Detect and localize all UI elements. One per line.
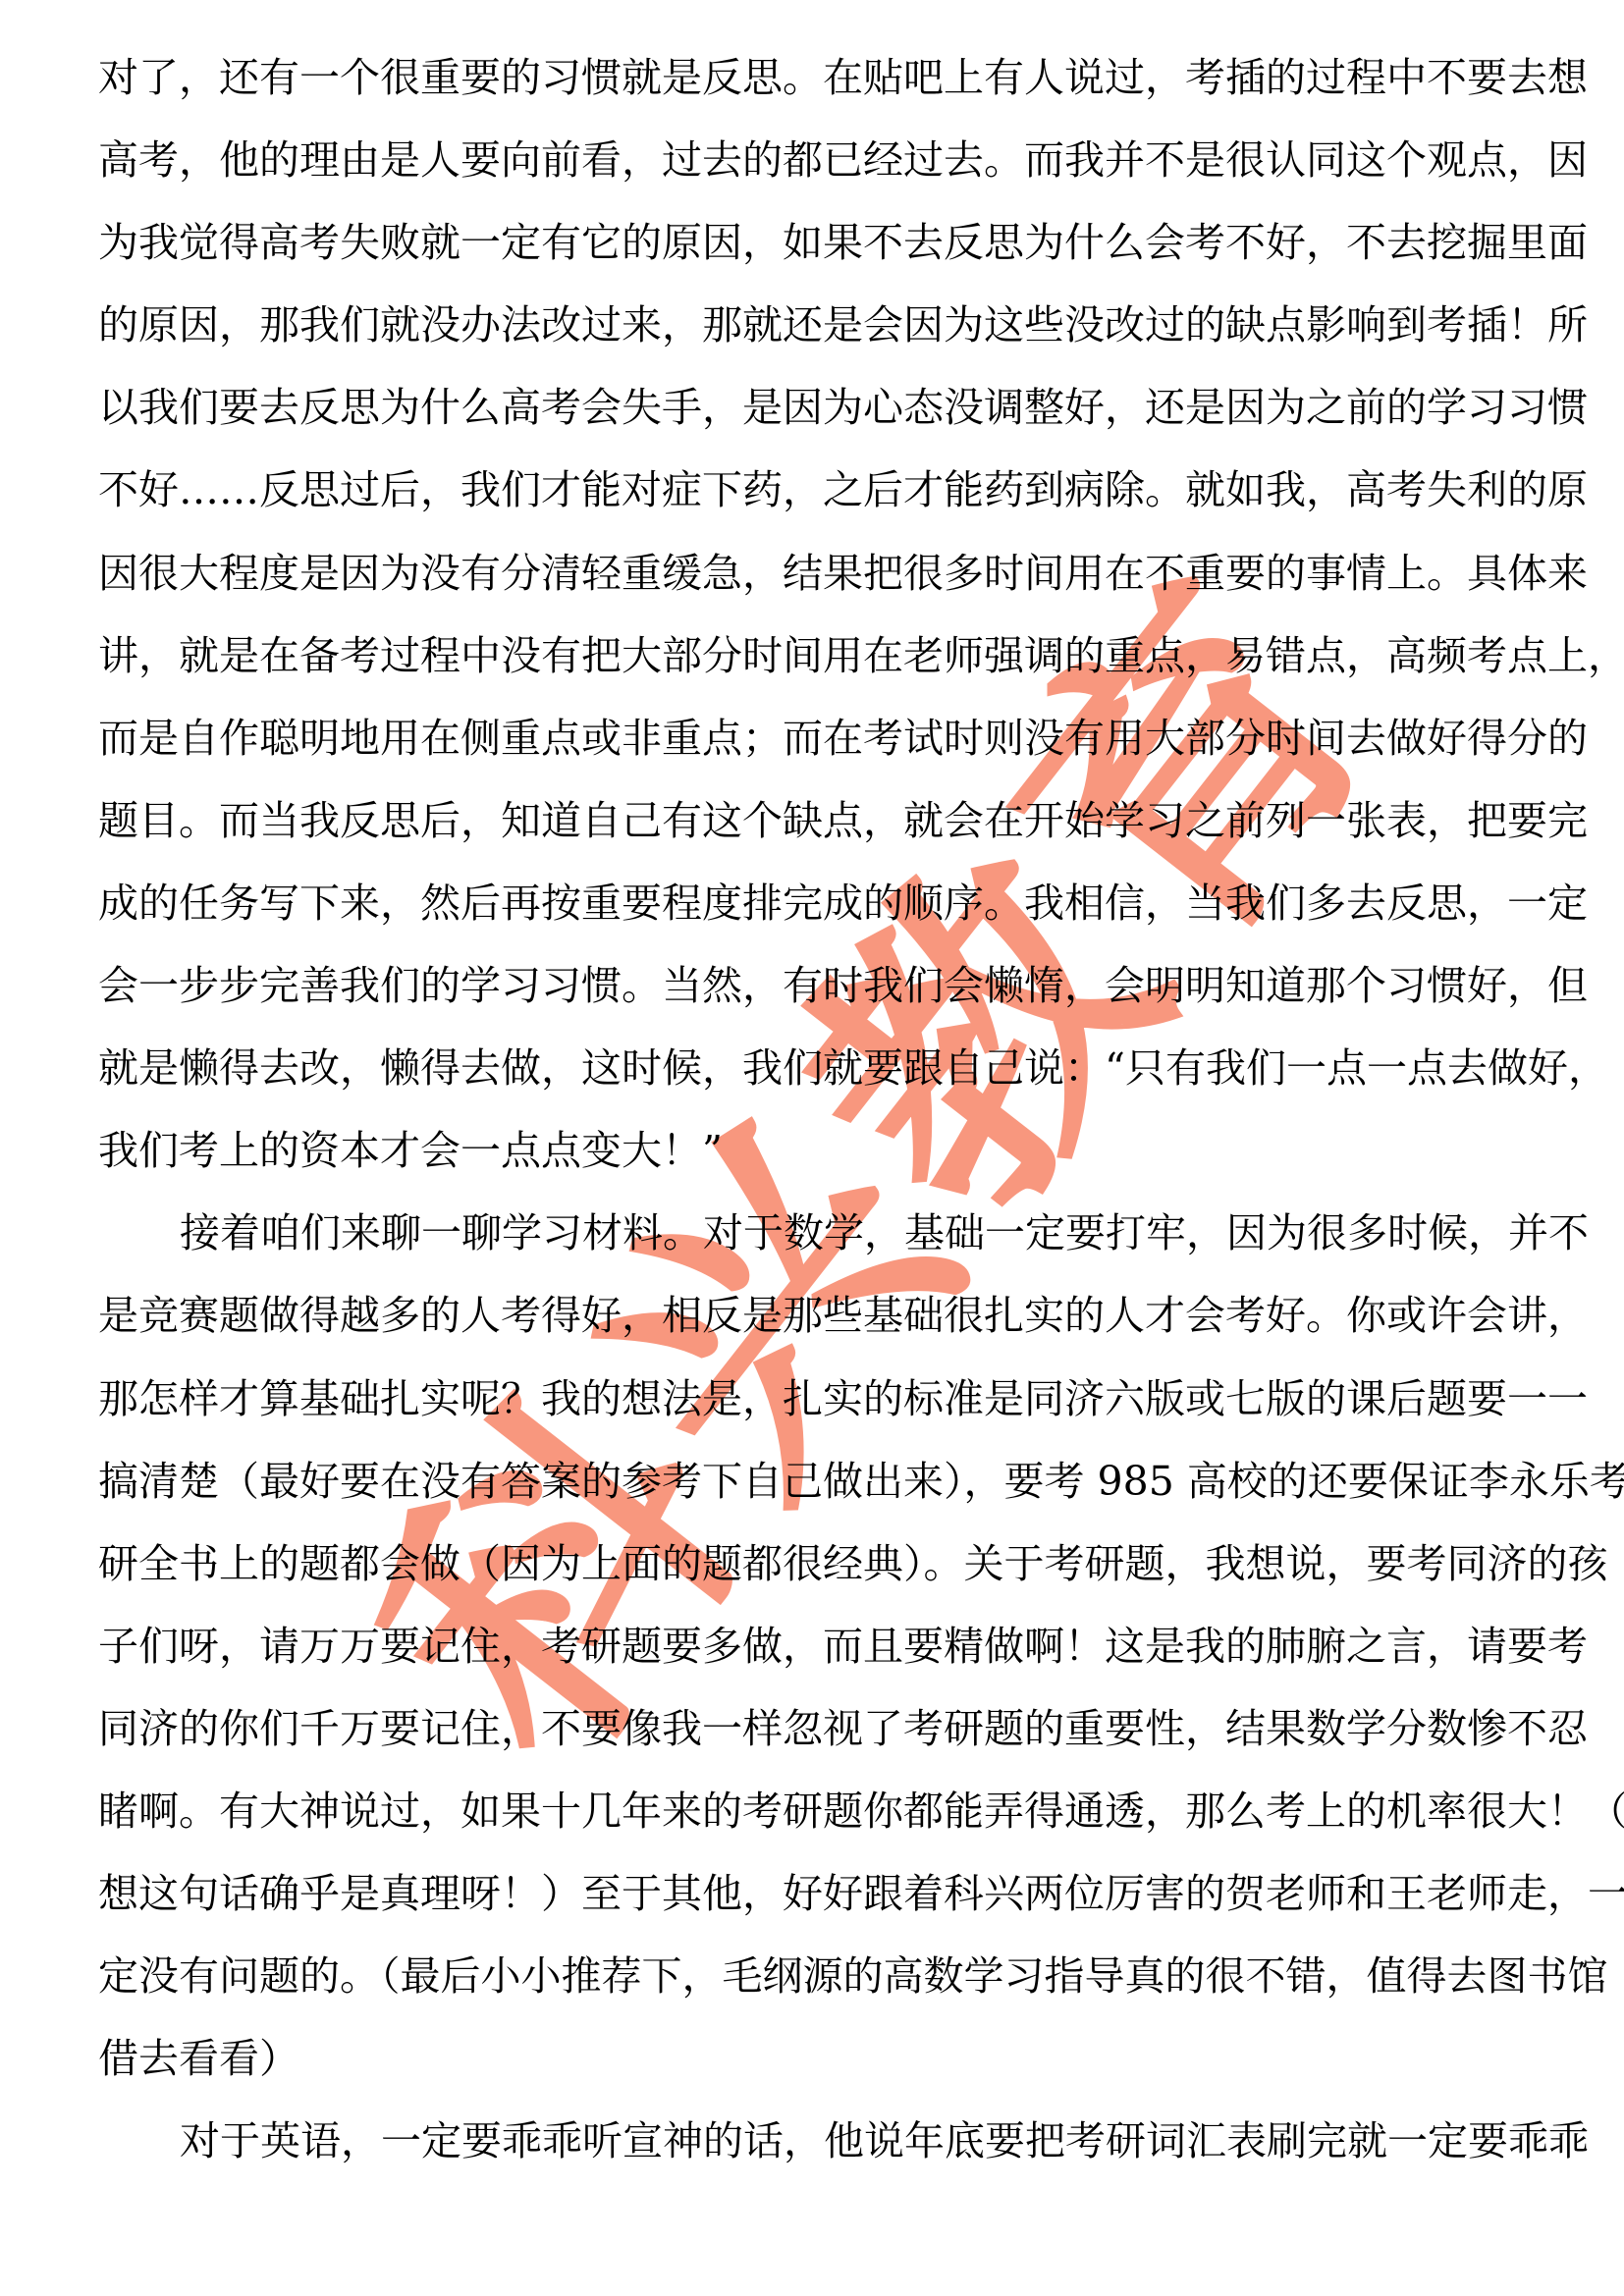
text-line: 接着咱们来聊一聊学习材料。对于数学，基础一定要打牢，因为很多时候，并不 bbox=[98, 1192, 1524, 1274]
text-line: 会一步步完善我们的学习习惯。当然，有时我们会懒惰，会明明知道那个习惯好，但 bbox=[98, 944, 1524, 1027]
text-line: 研全书上的题都会做（因为上面的题都很经典）。关于考研题，我想说，要考同济的孩 bbox=[98, 1522, 1524, 1605]
text-line: 对于英语，一定要乖乖听宣神的话，他说年底要把考研词汇表刷完就一定要乖乖 bbox=[98, 2100, 1524, 2182]
text-line: 题目。而当我反思后，知道自己有这个缺点，就会在开始学习之前列一张表，把要完 bbox=[98, 779, 1524, 862]
text-line: 同济的你们千万要记住，不要像我一样忽视了考研题的重要性，结果数学分数惨不忍 bbox=[98, 1687, 1524, 1770]
text-line: 想这句话确乎是真理呀！）至于其他，好好跟着科兴两位厉害的贺老师和王老师走，一 bbox=[98, 1852, 1524, 1935]
text-line: 是竞赛题做得越多的人考得好，相反是那些基础很扎实的人才会考好。你或许会讲， bbox=[98, 1274, 1524, 1357]
paragraph-math-materials: 接着咱们来聊一聊学习材料。对于数学，基础一定要打牢，因为很多时候，并不 是竞赛题… bbox=[98, 1192, 1524, 2100]
text-line: 搞清楚（最好要在没有答案的参考下自己做出来），要考 985 高校的还要保证李永乐… bbox=[98, 1440, 1524, 1522]
paragraph-english: 对于英语，一定要乖乖听宣神的话，他说年底要把考研词汇表刷完就一定要乖乖 bbox=[98, 2100, 1524, 2182]
text-line: 高考，他的理由是人要向前看，过去的都已经过去。而我并不是很认同这个观点，因 bbox=[98, 119, 1524, 201]
text-line: 以我们要去反思为什么高考会失手，是因为心态没调整好，还是因为之前的学习习惯 bbox=[98, 366, 1524, 449]
text-line: 不好……反思过后，我们才能对症下药，之后才能药到病除。就如我，高考失利的原 bbox=[98, 449, 1524, 531]
text-line: 子们呀，请万万要记住，考研题要多做，而且要精做啊！这是我的肺腑之言，请要考 bbox=[98, 1605, 1524, 1687]
text-line: 我们考上的资本才会一点点变大！” bbox=[98, 1109, 1524, 1192]
text-line: 那怎样才算基础扎实呢？我的想法是，扎实的标准是同济六版或七版的课后题要一一 bbox=[98, 1358, 1524, 1440]
text-line: 睹啊。有大神说过，如果十几年来的考研题你都能弄得通透，那么考上的机率很大！（我 bbox=[98, 1770, 1524, 1852]
text-line: 为我觉得高考失败就一定有它的原因，如果不去反思为什么会考不好，不去挖掘里面 bbox=[98, 201, 1524, 284]
text-line: 借去看看） bbox=[98, 2017, 1524, 2100]
text-line: 的原因，那我们就没办法改过来，那就还是会因为这些没改过的缺点影响到考插！所 bbox=[98, 284, 1524, 366]
text-line: 定没有问题的。（最后小小推荐下，毛纲源的高数学习指导真的很不错，值得去图书馆 bbox=[98, 1935, 1524, 2017]
text-line: 对了，还有一个很重要的习惯就是反思。在贴吧上有人说过，考插的过程中不要去想 bbox=[98, 36, 1524, 119]
text-line: 就是懒得去改，懒得去做，这时候，我们就要跟自己说：“只有我们一点一点去做好， bbox=[98, 1027, 1524, 1109]
text-line: 讲，就是在备考过程中没有把大部分时间用在老师强调的重点，易错点，高频考点上， bbox=[98, 614, 1524, 697]
paragraph-reflection: 对了，还有一个很重要的习惯就是反思。在贴吧上有人说过，考插的过程中不要去想 高考… bbox=[98, 36, 1524, 1192]
text-line: 因很大程度是因为没有分清轻重缓急，结果把很多时间用在不重要的事情上。具体来 bbox=[98, 532, 1524, 614]
text-line: 成的任务写下来，然后再按重要程度排完成的顺序。我相信，当我们多去反思，一定 bbox=[98, 862, 1524, 944]
text-line: 而是自作聪明地用在侧重点或非重点；而在考试时则没有用大部分时间去做好得分的 bbox=[98, 697, 1524, 779]
document-page: 对了，还有一个很重要的习惯就是反思。在贴吧上有人说过，考插的过程中不要去想 高考… bbox=[98, 36, 1524, 2182]
